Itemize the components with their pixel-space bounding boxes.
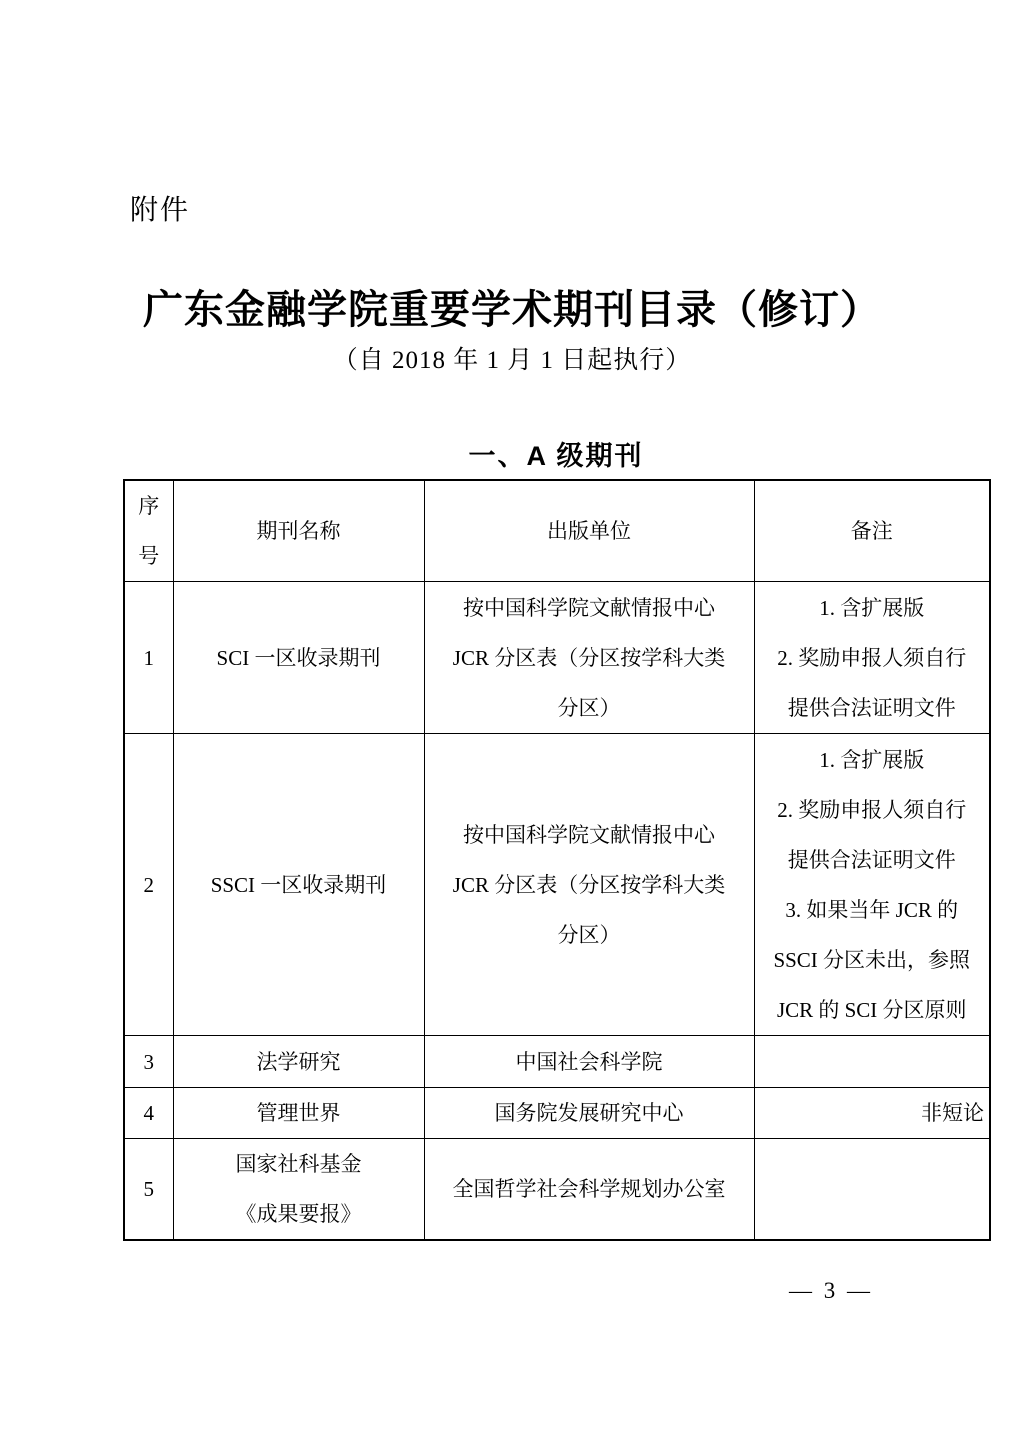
cell-name: 管理世界 [173,1088,424,1139]
cell-remarks: 1. 含扩展版 2. 奖励申报人须自行 提供合法证明文件 [754,582,990,734]
cell-name: 国家社科基金 《成果要报》 [173,1139,424,1241]
cell-publisher: 全国哲学社会科学规划办公室 [424,1139,754,1241]
cell-no: 2 [124,734,173,1036]
cell-remarks [754,1036,990,1088]
cell-remarks: 1. 含扩展版 2. 奖励申报人须自行 提供合法证明文件 3. 如果当年 JCR… [754,734,990,1036]
document-title: 广东金融学院重要学术期刊目录（修订） [0,278,1024,335]
table-header-row: 序 号 期刊名称 出版单位 备注 [124,480,990,582]
cell-publisher: 国务院发展研究中心 [424,1088,754,1139]
page-number: — 3 — [789,1278,873,1304]
table-row: 1 SCI 一区收录期刊 按中国科学院文献情报中心 JCR 分区表（分区按学科大… [124,582,990,734]
cell-remarks: 非短论 [754,1088,990,1139]
cell-publisher: 按中国科学院文献情报中心 JCR 分区表（分区按学科大类 分区） [424,582,754,734]
cell-name: 法学研究 [173,1036,424,1088]
section-heading: 一、A 级期刊 [123,434,989,473]
table-row: 5 国家社科基金 《成果要报》 全国哲学社会科学规划办公室 [124,1139,990,1241]
cell-name: SCI 一区收录期刊 [173,582,424,734]
cell-no: 3 [124,1036,173,1088]
table-row: 2 SSCI 一区收录期刊 按中国科学院文献情报中心 JCR 分区表（分区按学科… [124,734,990,1036]
cell-publisher: 中国社会科学院 [424,1036,754,1088]
cell-publisher: 按中国科学院文献情报中心 JCR 分区表（分区按学科大类 分区） [424,734,754,1036]
cell-no: 5 [124,1139,173,1241]
attachment-label: 附件 [130,188,190,228]
col-header-remarks: 备注 [754,480,990,582]
table-row: 4 管理世界 国务院发展研究中心 非短论 [124,1088,990,1139]
document-subtitle: （自 2018 年 1 月 1 日起执行） [0,340,1024,376]
document-page: 附件 广东金融学院重要学术期刊目录（修订） （自 2018 年 1 月 1 日起… [0,0,1024,1448]
cell-name: SSCI 一区收录期刊 [173,734,424,1036]
journal-table: 序 号 期刊名称 出版单位 备注 1 SCI 一区收录期刊 按中国科学院文献情报… [123,479,991,1241]
cell-no: 1 [124,582,173,734]
cell-remarks [754,1139,990,1241]
col-header-name: 期刊名称 [173,480,424,582]
col-header-no: 序 号 [124,480,173,582]
col-header-publisher: 出版单位 [424,480,754,582]
cell-no: 4 [124,1088,173,1139]
table-row: 3 法学研究 中国社会科学院 [124,1036,990,1088]
